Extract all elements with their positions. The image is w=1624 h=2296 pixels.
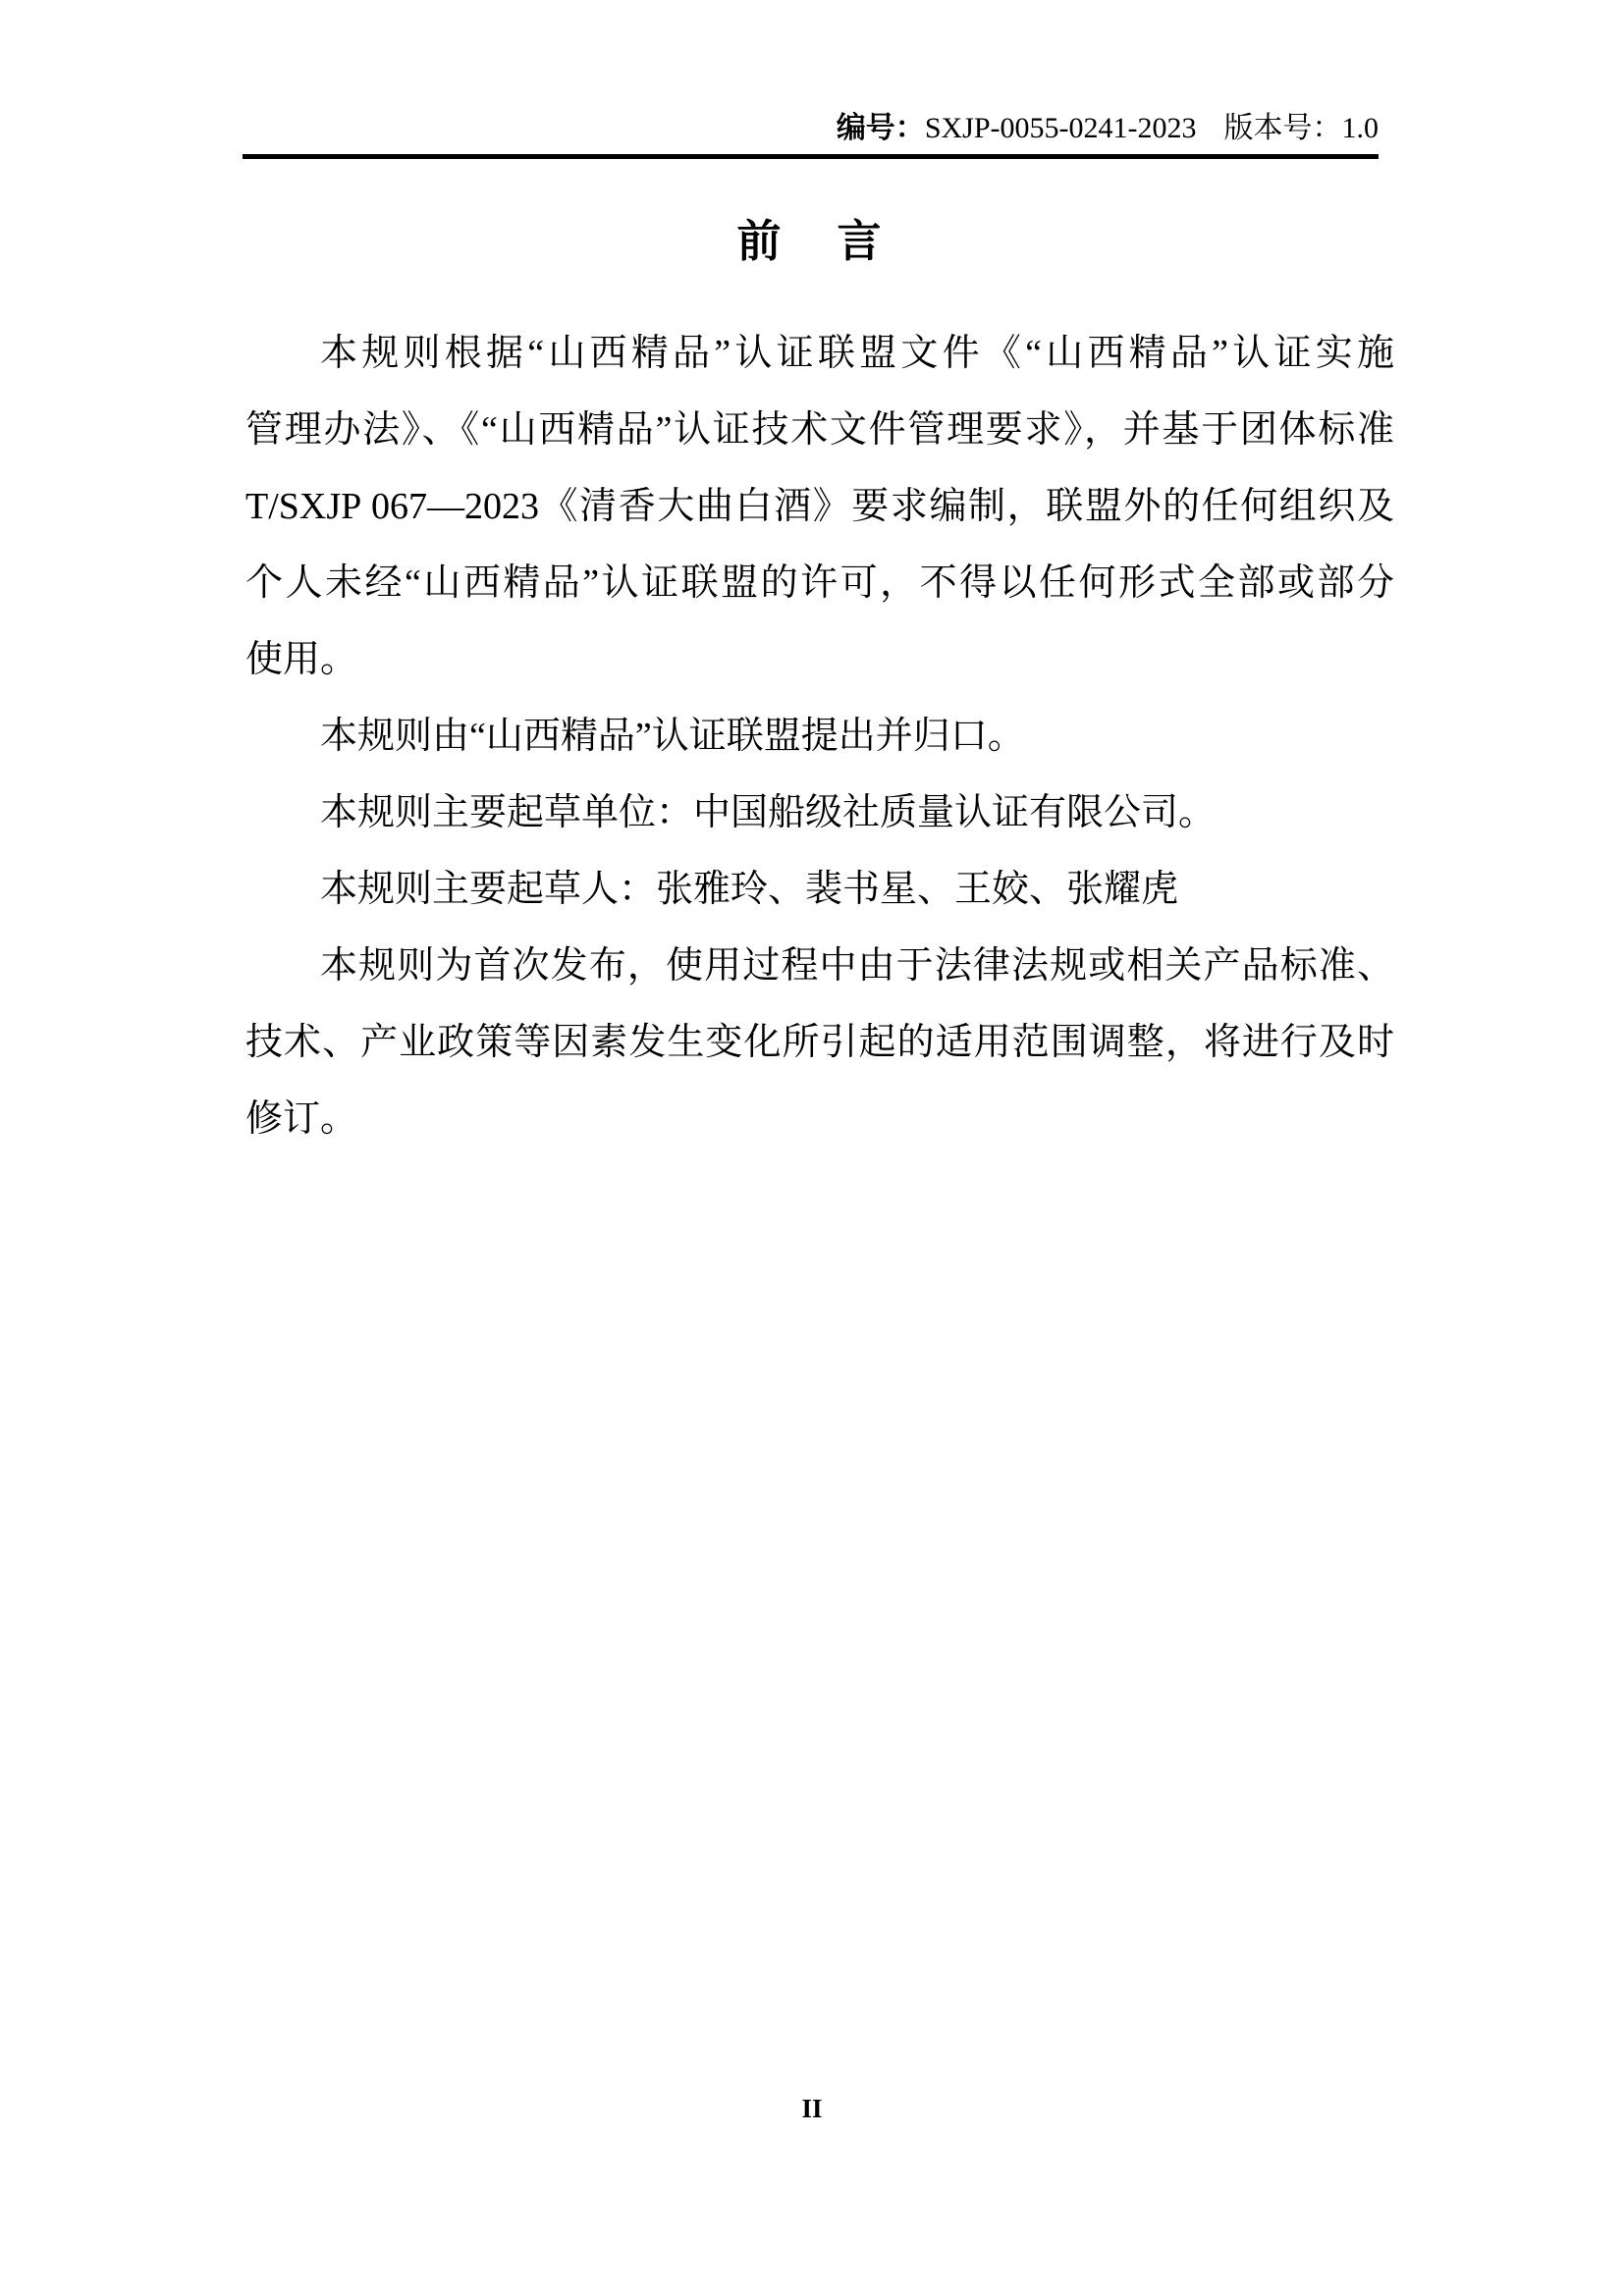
body-line: 本规则主要起草人：张雅玲、裴书星、王姣、张耀虎 bbox=[245, 851, 1394, 928]
body-line: 技术、产业政策等因素发生变化所引起的适用范围调整，将进行及时 bbox=[245, 1004, 1394, 1081]
body-line: 本规则为首次发布，使用过程中由于法律法规或相关产品标准、 bbox=[245, 928, 1394, 1004]
body-line: 管理办法》、《“山西精品”认证技术文件管理要求》，并基于团体标准 bbox=[245, 392, 1394, 468]
body-line: 本规则主要起草单位：中国船级社质量认证有限公司。 bbox=[245, 774, 1394, 851]
header-divider-rule bbox=[243, 154, 1379, 159]
preface-body: 本规则根据“山西精品”认证联盟文件《“山西精品”认证实施 管理办法》、《“山西精… bbox=[245, 315, 1394, 1157]
doc-number-label: 编号： bbox=[837, 112, 925, 144]
version-label: 版本号： bbox=[1224, 112, 1342, 144]
doc-number-value: SXJP-0055-0241-2023 bbox=[925, 112, 1197, 144]
body-line: 本规则根据“山西精品”认证联盟文件《“山西精品”认证实施 bbox=[245, 315, 1394, 392]
body-line: T/SXJP 067—2023《清香大曲白酒》要求编制，联盟外的任何组织及 bbox=[245, 468, 1394, 545]
document-page: 编号：SXJP-0055-0241-2023版本号：1.0 前 言 本规则根据“… bbox=[0, 0, 1624, 2296]
body-line: 本规则由“山西精品”认证联盟提出并归口。 bbox=[245, 698, 1394, 774]
page-number: II bbox=[0, 2093, 1624, 2124]
body-line: 个人未经“山西精品”认证联盟的许可，不得以任何形式全部或部分 bbox=[245, 545, 1394, 621]
body-line: 修订。 bbox=[245, 1081, 1394, 1157]
page-title: 前 言 bbox=[0, 214, 1624, 269]
body-line: 使用。 bbox=[245, 621, 1394, 698]
page-header: 编号：SXJP-0055-0241-2023版本号：1.0 bbox=[244, 110, 1379, 147]
version-value: 1.0 bbox=[1342, 112, 1380, 144]
